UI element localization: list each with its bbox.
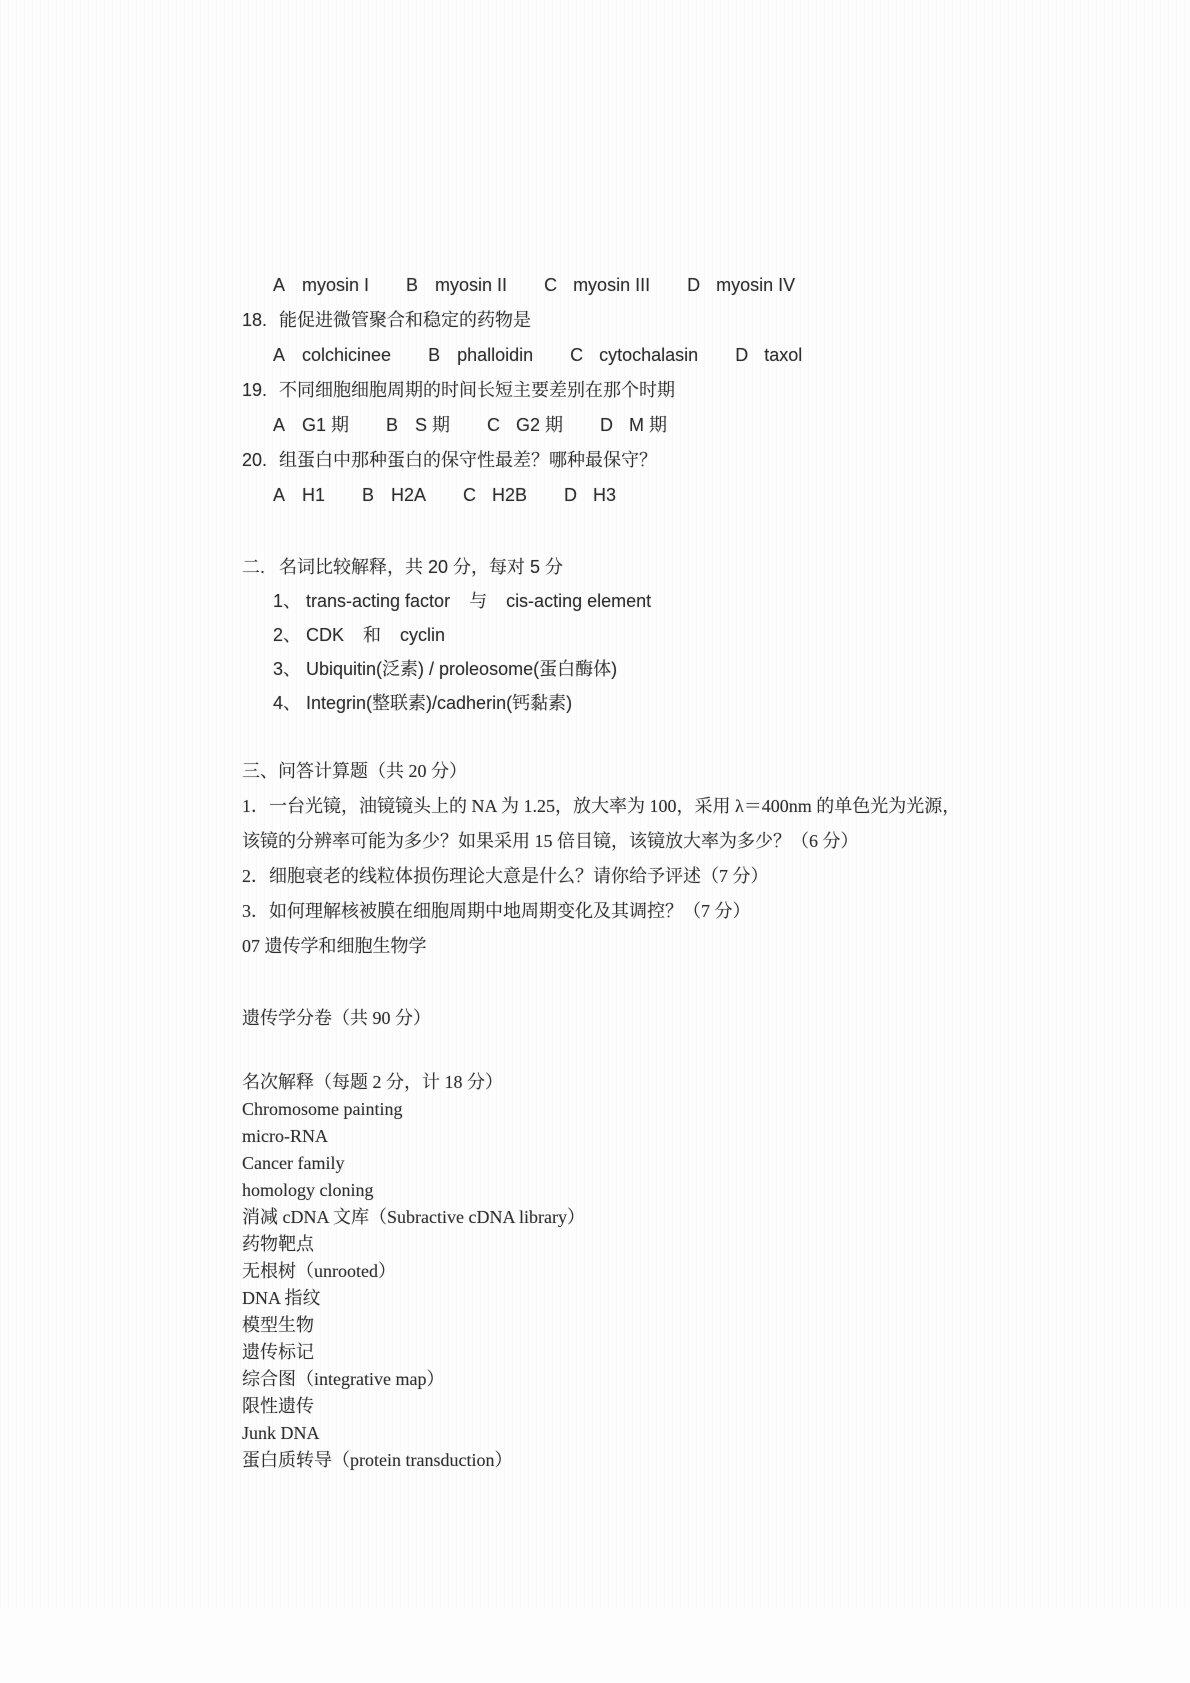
option-text: H3: [593, 478, 616, 513]
conjunction: 和: [363, 618, 381, 652]
term-item: 蛋白质转导（protein transduction）: [242, 1447, 1160, 1474]
term-item: 药物靶点: [242, 1231, 1160, 1258]
item-number: 4、: [273, 686, 306, 720]
term-item: 消减 cDNA 文库（Subractive cDNA library）: [242, 1204, 1160, 1231]
term-item: DNA 指纹: [242, 1285, 1160, 1312]
q18-options-row: AcolchicineeBphalloidinCcytochalasinDtax…: [242, 338, 1160, 373]
term-item: Junk DNA: [242, 1420, 1160, 1447]
terms-list-section: 名次解释（每题 2 分，计 18 分） Chromosome painting …: [242, 1069, 1160, 1474]
option-text: H2A: [391, 478, 426, 513]
qa-section: 三、问答计算题（共 20 分） 1．一台光镜，油镜镜头上的 NA 为 1.25，…: [242, 754, 1160, 964]
q19-stem: 19.不同细胞细胞周期的时间长短主要差别在那个时期: [242, 373, 1160, 408]
option-text: H2B: [492, 478, 527, 513]
option-text: M 期: [629, 408, 667, 443]
option-key: C: [544, 268, 573, 303]
compare-item-1: 1、trans-acting factor与cis-acting element: [242, 584, 1160, 618]
item-number: 2、: [273, 618, 306, 652]
section-heading-text: 名词比较解释，共 20 分，每对 5 分: [279, 557, 563, 577]
option-text: myosin II: [435, 268, 507, 303]
option-text: colchicinee: [302, 338, 391, 373]
option-key: C: [463, 478, 492, 513]
option-key: D: [600, 408, 629, 443]
option-key: D: [687, 268, 716, 303]
question-text: 组蛋白中那种蛋白的保守性最差？哪种最保守？: [279, 450, 657, 470]
question-number: 20.: [242, 443, 279, 478]
genetics-subpaper: 遗传学分卷（共 90 分）: [242, 1001, 1160, 1036]
sec3-q1-line1: 1．一台光镜，油镜镜头上的 NA 为 1.25，放大率为 100，采用 λ＝40…: [242, 789, 1160, 824]
item-number: 3、: [273, 652, 306, 686]
exam-paper-page: Amyosin IBmyosin IICmyosin IIIDmyosin IV…: [0, 0, 1190, 1683]
term-pair: Ubiquitin(泛素) / proleosome(蛋白酶体): [306, 659, 617, 679]
term-item: Chromosome painting: [242, 1096, 1160, 1123]
option-key: C: [487, 408, 516, 443]
question-number: 19.: [242, 373, 279, 408]
term-comparison-section: 二.名词比较解释，共 20 分，每对 5 分 1、trans-acting fa…: [242, 550, 1160, 720]
option-key: A: [273, 478, 302, 513]
terms-heading: 名次解释（每题 2 分，计 18 分）: [242, 1069, 1160, 1096]
q17-options-row: Amyosin IBmyosin IICmyosin IIIDmyosin IV: [242, 268, 1160, 303]
option-text: G2 期: [516, 408, 563, 443]
option-key: D: [735, 338, 764, 373]
sec2-heading: 二.名词比较解释，共 20 分，每对 5 分: [242, 550, 1160, 584]
option-text: myosin IV: [716, 268, 795, 303]
term-item: 模型生物: [242, 1312, 1160, 1339]
question-text: 不同细胞细胞周期的时间长短主要差别在那个时期: [279, 380, 675, 400]
q20-options-row: AH1BH2ACH2BDH3: [242, 478, 1160, 513]
option-text: G1 期: [302, 408, 349, 443]
option-key: D: [564, 478, 593, 513]
sec3-heading: 三、问答计算题（共 20 分）: [242, 754, 1160, 789]
section-number: 二.: [242, 550, 279, 584]
option-key: A: [273, 408, 302, 443]
option-text: S 期: [415, 408, 450, 443]
question-text: 能促进微管聚合和稳定的药物是: [279, 310, 531, 330]
option-key: B: [386, 408, 415, 443]
option-key: A: [273, 268, 302, 303]
genetics-cellbio-title: 07 遗传学和细胞生物学: [242, 929, 1160, 964]
option-text: H1: [302, 478, 325, 513]
term-pair: Integrin(整联素)/cadherin(钙黏素): [306, 693, 572, 713]
genetics-subpaper-title: 遗传学分卷（共 90 分）: [242, 1001, 1160, 1036]
term-a: trans-acting factor: [306, 591, 450, 611]
q18-stem: 18.能促进微管聚合和稳定的药物是: [242, 303, 1160, 338]
term-item: homology cloning: [242, 1177, 1160, 1204]
term-item: 综合图（integrative map）: [242, 1366, 1160, 1393]
sec3-q2: 2．细胞衰老的线粒体损伤理论大意是什么？请你给予评述（7 分）: [242, 859, 1160, 894]
mcq-section: Amyosin IBmyosin IICmyosin IIIDmyosin IV…: [242, 268, 1160, 513]
option-text: myosin I: [302, 268, 369, 303]
compare-item-4: 4、Integrin(整联素)/cadherin(钙黏素): [242, 686, 1160, 720]
option-text: myosin III: [573, 268, 650, 303]
term-item: micro-RNA: [242, 1123, 1160, 1150]
option-text: taxol: [764, 338, 802, 373]
conjunction: 与: [469, 584, 487, 618]
option-key: C: [570, 338, 599, 373]
option-key: B: [428, 338, 457, 373]
question-number: 18.: [242, 303, 279, 338]
compare-item-3: 3、Ubiquitin(泛素) / proleosome(蛋白酶体): [242, 652, 1160, 686]
sec3-q1-line2: 该镜的分辨率可能为多少？如果采用 15 倍目镜，该镜放大率为多少？（6 分）: [242, 824, 1160, 859]
option-text: phalloidin: [457, 338, 533, 373]
term-item: 无根树（unrooted）: [242, 1258, 1160, 1285]
q19-options-row: AG1 期BS 期CG2 期DM 期: [242, 408, 1160, 443]
term-item: 限性遗传: [242, 1393, 1160, 1420]
option-key: B: [406, 268, 435, 303]
sec3-q3: 3．如何理解核被膜在细胞周期中地周期变化及其调控？（7 分）: [242, 894, 1160, 929]
option-key: A: [273, 338, 302, 373]
term-a: CDK: [306, 625, 344, 645]
term-b: cyclin: [400, 625, 445, 645]
option-key: B: [362, 478, 391, 513]
term-item: 遗传标记: [242, 1339, 1160, 1366]
compare-item-2: 2、CDK和cyclin: [242, 618, 1160, 652]
q20-stem: 20.组蛋白中那种蛋白的保守性最差？哪种最保守？: [242, 443, 1160, 478]
term-item: Cancer family: [242, 1150, 1160, 1177]
option-text: cytochalasin: [599, 338, 698, 373]
item-number: 1、: [273, 584, 306, 618]
term-b: cis-acting element: [506, 591, 651, 611]
